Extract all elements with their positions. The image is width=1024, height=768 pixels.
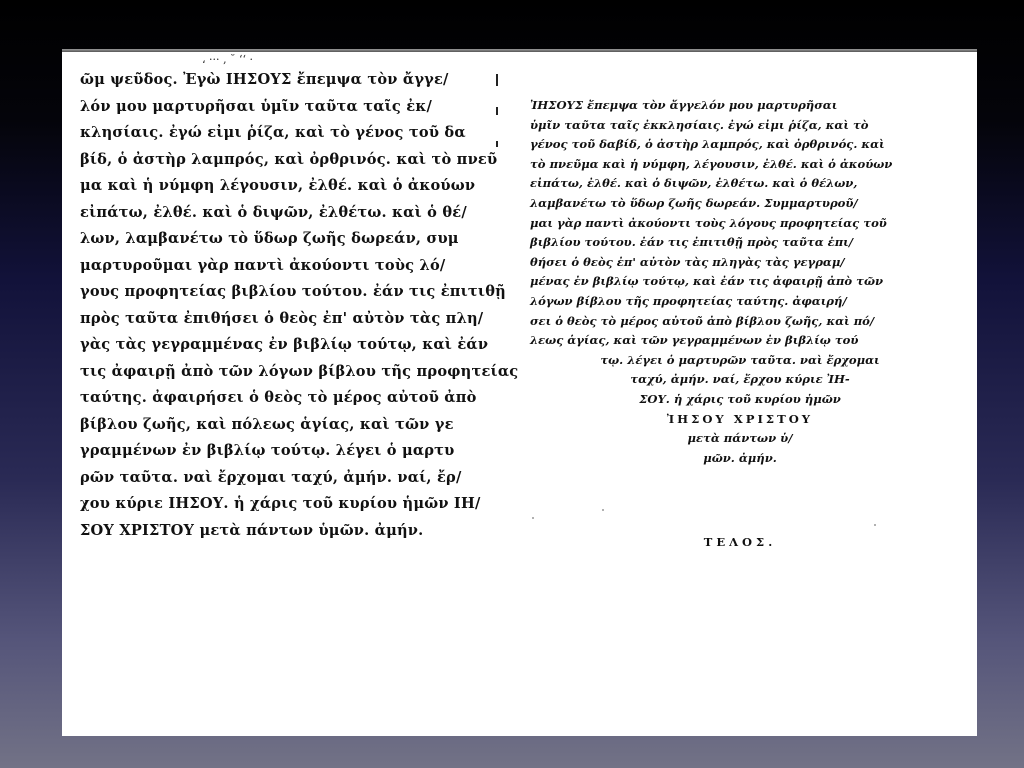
- right-page-line: τῳ. λέγει ὁ μαρτυρῶν ταῦτα. ναὶ ἔρχομαι: [530, 351, 950, 371]
- gutter-mark: [496, 107, 498, 115]
- left-page-line: κλησίαις. ἐγώ εἰμι ῥίζα, καὶ τὸ γένος το…: [80, 120, 470, 147]
- right-page-line: ταχύ, ἀμήν. ναί, ἔρχου κύριε ἸΗ-: [530, 370, 950, 390]
- right-page-text: ἸΗΣΟΥΣ ἔπεμψα τὸν ἄγγελόν μου μαρτυρῆσαι…: [530, 96, 950, 468]
- left-page-line: εἰπάτω, ἐλθέ. καὶ ὁ διψῶν, ἐλθέτω. καὶ ὁ…: [80, 200, 470, 227]
- right-page-line: θήσει ὁ θεὸς ἐπ' αὐτὸν τὰς πληγὰς τὰς γε…: [530, 253, 950, 273]
- left-page-line: πρὸς ταῦτα ἐπιθήσει ὁ θεὸς ἐπ' αὐτὸν τὰς…: [80, 306, 470, 333]
- right-page-line: μῶν. ἀμήν.: [530, 449, 950, 469]
- right-page-line: μένας ἐν βιβλίῳ τούτῳ, καὶ ἐάν τις ἀφαιρ…: [530, 272, 950, 292]
- right-page-line: τὸ πνεῦμα καὶ ἡ νύμφη, λέγουσιν, ἐλθέ. κ…: [530, 155, 950, 175]
- left-page-line: μαρτυροῦμαι γὰρ παντὶ ἀκούοντι τοὺς λό/: [80, 253, 470, 280]
- left-page-line: βίβλου ζωῆς, καὶ πόλεως ἁγίας, καὶ τῶν γ…: [80, 412, 470, 439]
- right-page-line: ἸΗΣΟΥ ΧΡΙΣΤΟΥ: [530, 410, 950, 430]
- right-page-line: μαι γὰρ παντὶ ἀκούοντι τοὺς λόγους προφη…: [530, 214, 950, 234]
- left-page-line: λόν μου μαρτυρῆσαι ὑμῖν ταῦτα ταῖς ἐκ/: [80, 94, 470, 121]
- paper-speck: [532, 517, 534, 519]
- left-page-text: ῶμ ψεῦδος. Ἐγὼ ΙΗΣΟΥΣ ἔπεμψα τὸν ἄγγε/ λ…: [80, 67, 470, 544]
- left-page-line: γους προφητείας βιβλίου τούτου. ἐάν τις …: [80, 279, 470, 306]
- right-page-line: ἸΗΣΟΥΣ ἔπεμψα τὸν ἄγγελόν μου μαρτυρῆσαι: [530, 96, 950, 116]
- paper-speck: [874, 524, 876, 526]
- right-page-line: λεως ἁγίας, καὶ τῶν γεγραμμένων ἐν βιβλί…: [530, 331, 950, 351]
- left-page-line: μα καὶ ἡ νύμφη λέγουσιν, ἐλθέ. καὶ ὁ ἀκο…: [80, 173, 470, 200]
- right-page-line: λαμβανέτω τὸ ὕδωρ ζωῆς δωρεάν. Συμμαρτυρ…: [530, 194, 950, 214]
- colophon-telos: ΤΕΛΟΣ.: [530, 535, 950, 549]
- page-gutter: [496, 49, 500, 736]
- left-page-line: χου κύριε ΙΗΣΟΥ. ἡ χάρις τοῦ κυρίου ἡμῶν…: [80, 491, 470, 518]
- right-page-line: ΣΟΥ. ἡ χάρις τοῦ κυρίου ἡμῶν: [530, 390, 950, 410]
- left-page-line: ρῶν ταῦτα. ναὶ ἔρχομαι ταχύ, ἀμήν. ναί, …: [80, 465, 470, 492]
- right-page-line: σει ὁ θεὸς τὸ μέρος αὐτοῦ ἀπὸ βίβλου ζωῆ…: [530, 312, 950, 332]
- gutter-mark: [496, 74, 498, 86]
- right-page-line: εἰπάτω, ἐλθέ. καὶ ὁ διψῶν, ἐλθέτω. καὶ ὁ…: [530, 174, 950, 194]
- right-page-line: ὑμῖν ταῦτα ταῖς ἐκκλησίαις. ἐγώ εἰμι ῥίζ…: [530, 116, 950, 136]
- top-cut-off-accents: ، ··· ‚ ˘ ʻʻ ·: [62, 53, 522, 65]
- left-page-line: γραμμένων ἐν βιβλίῳ τούτῳ. λέγει ὁ μαρτυ: [80, 438, 470, 465]
- gutter-mark: [496, 141, 498, 147]
- left-page-line: ΣΟΥ ΧΡΙΣΤΟΥ μετὰ πάντων ὑμῶν. ἀμήν.: [80, 518, 470, 545]
- left-page-line: τις ἀφαιρῇ ἀπὸ τῶν λόγων βίβλου τῆς προφ…: [80, 359, 470, 386]
- right-page-line: γένος τοῦ δαβίδ, ὁ ἀστὴρ λαμπρός, καὶ ὀρ…: [530, 135, 950, 155]
- left-page-line: ῶμ ψεῦδος. Ἐγὼ ΙΗΣΟΥΣ ἔπεμψα τὸν ἄγγε/: [80, 67, 470, 94]
- manuscript-image: ، ··· ‚ ˘ ʻʻ · ῶμ ψεῦδος. Ἐγὼ ΙΗΣΟΥΣ ἔπε…: [62, 49, 977, 736]
- left-page-line: γὰς τὰς γεγραμμένας ἐν βιβλίῳ τούτῳ, καὶ…: [80, 332, 470, 359]
- paper-speck: [602, 509, 604, 511]
- left-page-line: λων, λαμβανέτω τὸ ὕδωρ ζωῆς δωρεάν, συμ: [80, 226, 470, 253]
- left-page-line: βίδ, ὁ ἀστὴρ λαμπρός, καὶ ὀρθρινός. καὶ …: [80, 147, 470, 174]
- right-page-line: λόγων βίβλου τῆς προφητείας ταύτης. ἀφαι…: [530, 292, 950, 312]
- left-page-line: ταύτης. ἀφαιρήσει ὁ θεὸς τὸ μέρος αὐτοῦ …: [80, 385, 470, 412]
- top-rule-divider: [62, 49, 977, 52]
- right-page-line: βιβλίου τούτου. ἐάν τις ἐπιτιθῇ πρὸς ταῦ…: [530, 233, 950, 253]
- right-page-line: μετὰ πάντων ὑ/: [530, 429, 950, 449]
